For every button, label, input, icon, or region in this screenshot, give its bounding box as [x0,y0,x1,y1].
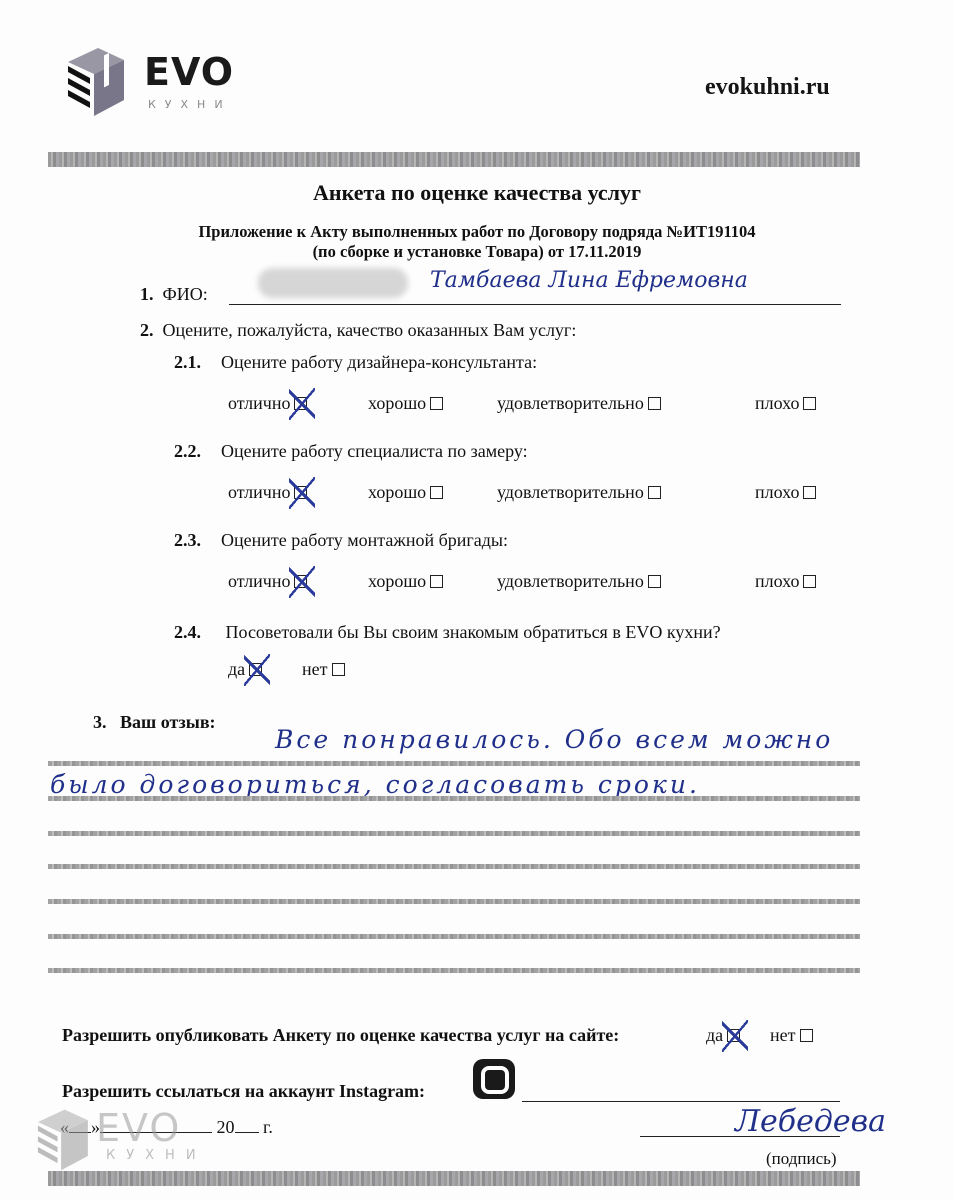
instagram-field[interactable] [522,1101,840,1102]
rating-text: Оцените работу дизайнера-консультанта: [221,352,537,372]
rating-option[interactable]: хорошо [368,393,443,414]
q24-label: 2.4. Посоветовали бы Вы своим знакомым о… [174,622,721,643]
rating-number: 2.2. [174,441,201,461]
evo-watermark: EVO КУХНИ [34,1106,214,1166]
rating-option[interactable]: отлично [228,571,307,592]
logo-word: EVO [144,52,234,92]
review-rule [48,899,860,904]
redacted-area [258,268,408,298]
rating-checkbox[interactable] [803,486,816,499]
review-line-2[interactable]: было договориться, согласовать сроки. [50,770,700,799]
publish-yes-label: да [706,1025,723,1045]
rating-option[interactable]: удовлетворительно [497,482,661,503]
q24-text: Посоветовали бы Вы своим знакомым обрати… [226,622,721,642]
rating-option-label: хорошо [368,571,426,591]
review-rule [48,968,860,973]
rating-option[interactable]: удовлетворительно [497,571,661,592]
q2-number: 2. [140,320,154,340]
rating-option[interactable]: плохо [755,571,816,592]
watermark-subtitle: КУХНИ [106,1148,207,1163]
rating-option[interactable]: хорошо [368,571,443,592]
rating-option-label: хорошо [368,482,426,502]
review-line-1[interactable]: Все понравилось. Обо всем можно [275,725,833,754]
form-subtitle: Приложение к Акту выполненных работ по Д… [0,222,954,262]
watermark-word: EVO [96,1106,181,1150]
publish-no-checkbox[interactable] [800,1029,813,1042]
rating-option-label: отлично [228,571,290,591]
review-rule [48,864,860,869]
rating-number: 2.1. [174,352,201,372]
q24-no-checkbox[interactable] [332,663,345,676]
q2-label: 2. Оцените, пожалуйста, качество оказанн… [140,320,576,341]
review-rule [48,796,860,801]
review-rule [48,761,860,766]
rating-text: Оцените работу специалиста по замеру: [221,441,528,461]
q24-no-option[interactable]: нет [302,659,345,680]
q24-no-label: нет [302,659,328,679]
q3-number: 3. [93,712,107,732]
q24-yes-checkbox[interactable] [249,663,262,676]
publish-yes-checkbox[interactable] [727,1029,740,1042]
review-rule [48,831,860,836]
rating-checkbox[interactable] [430,486,443,499]
rating-checkbox[interactable] [294,575,307,588]
rating-option-label: плохо [755,393,799,413]
publish-no-option[interactable]: нет [770,1025,813,1046]
rating-question: 2.1.Оцените работу дизайнера-консультант… [174,352,537,373]
review-rule [48,934,860,939]
rating-checkbox[interactable] [648,397,661,410]
q3-text: Ваш отзыв: [120,712,216,732]
rating-option-label: хорошо [368,393,426,413]
rating-checkbox[interactable] [803,575,816,588]
publish-yes-option[interactable]: да [706,1025,740,1046]
rating-checkbox[interactable] [294,397,307,410]
date-year-prefix: 20 [217,1117,235,1137]
rating-option-label: удовлетворительно [497,393,644,413]
rating-option-label: плохо [755,482,799,502]
date-year-suffix: г. [263,1117,273,1137]
rating-option-label: плохо [755,571,799,591]
q24-yes-option[interactable]: да [228,659,262,680]
subtitle-line-2: (по сборке и установке Товара) от 17.11.… [0,242,954,262]
footer-divider [48,1171,860,1186]
instagram-label: Разрешить ссылаться на аккаунт Instagram… [62,1081,425,1102]
publish-label: Разрешить опубликовать Анкету по оценке … [62,1025,619,1046]
rating-checkbox[interactable] [430,397,443,410]
rating-checkbox[interactable] [430,575,443,588]
rating-checkbox[interactable] [803,397,816,410]
rating-option[interactable]: удовлетворительно [497,393,661,414]
fio-field-line [229,304,841,305]
website-link[interactable]: evokuhni.ru [705,74,830,101]
rating-text: Оцените работу монтажной бригады: [221,530,508,550]
fio-field[interactable]: Тамбаева Лина Ефремовна [430,268,748,293]
q24-number: 2.4. [174,622,201,642]
rating-checkbox[interactable] [648,575,661,588]
rating-option[interactable]: отлично [228,482,307,503]
rating-option-label: удовлетворительно [497,482,644,502]
evo-logo: EVO КУХНИ [64,44,264,120]
header-divider [48,152,860,167]
subtitle-line-1: Приложение к Акту выполненных работ по Д… [0,222,954,242]
rating-number: 2.3. [174,530,201,550]
form-title: Анкета по оценке качества услуг [0,180,954,206]
q2-text: Оцените, пожалуйста, качество оказанных … [163,320,577,340]
q1-number: 1. [140,284,154,304]
q1-label: 1. ФИО: [140,284,208,305]
instagram-icon [473,1059,515,1099]
publish-no-label: нет [770,1025,796,1045]
signature-field[interactable]: Лебедева [735,1104,886,1139]
cube-watermark-icon [34,1106,90,1172]
logo-subtitle: КУХНИ [148,98,232,111]
rating-question: 2.2.Оцените работу специалиста по замеру… [174,441,528,462]
rating-checkbox[interactable] [648,486,661,499]
rating-option-label: отлично [228,482,290,502]
q24-yes-label: да [228,659,245,679]
rating-option[interactable]: отлично [228,393,307,414]
signature-caption: (подпись) [766,1149,837,1169]
q1-text: ФИО: [163,284,208,304]
rating-checkbox[interactable] [294,486,307,499]
rating-question: 2.3.Оцените работу монтажной бригады: [174,530,508,551]
cube-logo-icon [64,44,126,118]
rating-option-label: отлично [228,393,290,413]
rating-option[interactable]: плохо [755,393,816,414]
rating-option[interactable]: плохо [755,482,816,503]
rating-option-label: удовлетворительно [497,571,644,591]
rating-option[interactable]: хорошо [368,482,443,503]
q3-label: 3. Ваш отзыв: [93,712,216,733]
